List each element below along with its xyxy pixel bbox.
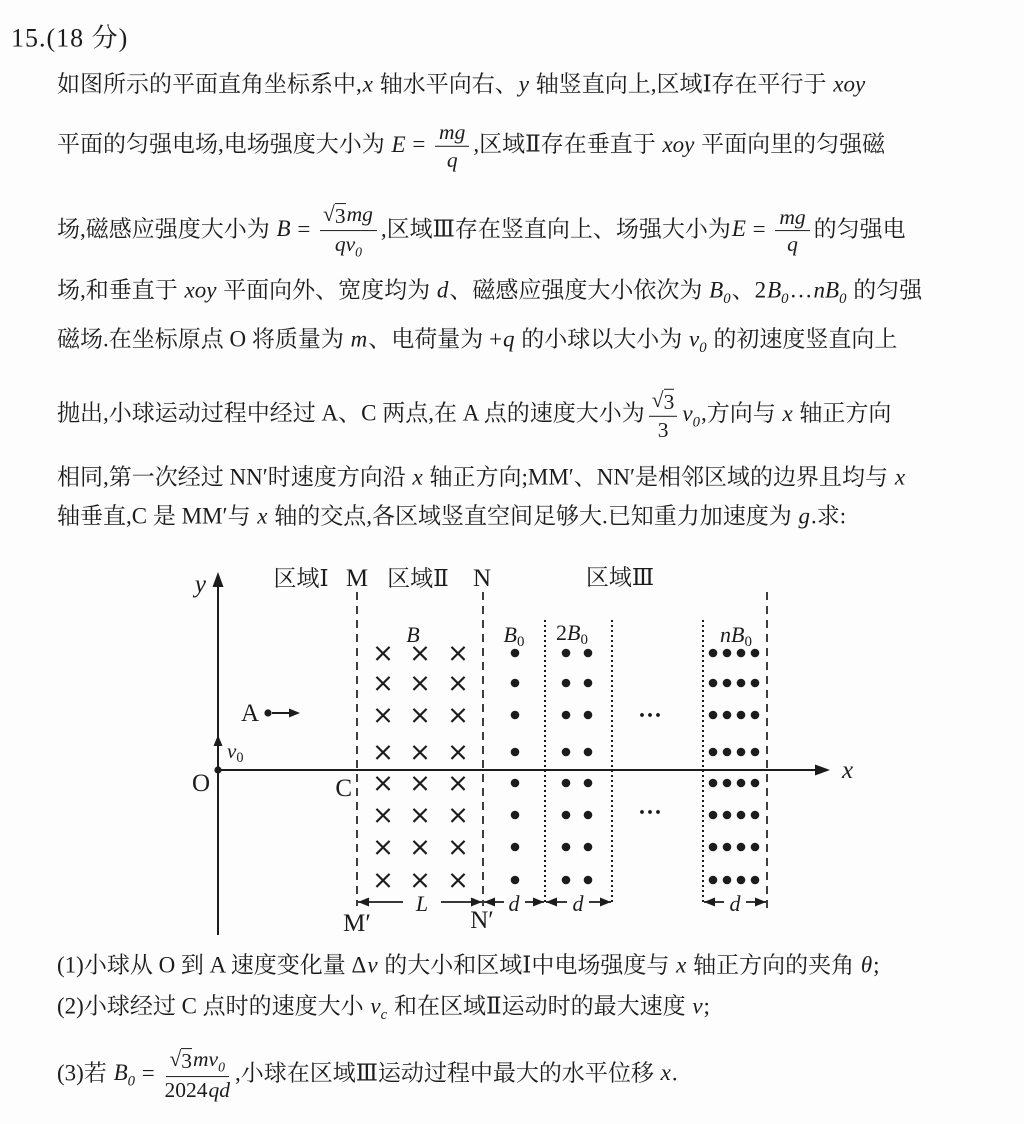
dot-symbol xyxy=(709,779,718,788)
boundary-n-label: N xyxy=(473,565,491,592)
field-2b0-label: 2B0 xyxy=(556,620,588,648)
problem-text-line-1: 如图所示的平面直角坐标系中,x 轴水平向右、y 轴竖直向上,区域Ⅰ存在平行于 x… xyxy=(57,68,866,99)
arrowhead xyxy=(704,898,715,907)
width-d2-label: d xyxy=(573,891,585,916)
square-root: √3 xyxy=(652,388,675,415)
cross-symbol: × xyxy=(372,769,394,799)
problem-text-line-4: 场,和垂直于 xoy 平面向外、宽度均为 d、磁感应强度大小依次为 B0、2B0… xyxy=(57,274,922,309)
cross-symbol: × xyxy=(447,669,469,699)
dot-symbol xyxy=(562,748,571,757)
arrowhead xyxy=(214,735,223,746)
dot-symbol xyxy=(723,779,732,788)
dot-symbol xyxy=(751,649,760,658)
problem-text-line-2: 平面的匀强电场,电场强度大小为 E = mgq,区域Ⅱ存在垂直于 xoy 平面向… xyxy=(57,120,885,172)
point-a-label: A xyxy=(241,700,259,727)
y-axis-label: y xyxy=(192,571,207,598)
dot-symbol xyxy=(709,876,718,885)
arrowhead xyxy=(600,898,611,907)
region3-label: 区域Ⅲ xyxy=(586,565,654,590)
dot-symbol xyxy=(723,811,732,820)
dot-symbol xyxy=(511,811,520,820)
n-prime-label: N′ xyxy=(470,907,494,934)
square-root: √3 xyxy=(323,202,346,229)
point-a-dot xyxy=(264,709,271,716)
cross-symbol: × xyxy=(372,738,394,768)
problem-text-line-8: 轴垂直,C 是 MM′与 x 轴的交点,各区域竖直空间足够大.已知重力加速度为 … xyxy=(57,500,846,531)
dot-symbol xyxy=(737,679,746,688)
dot-symbol xyxy=(584,748,593,757)
dot-symbol xyxy=(562,843,571,852)
dot-symbol xyxy=(751,811,760,820)
arrowhead xyxy=(471,898,482,907)
width-d3-label: d xyxy=(730,891,742,916)
field-b0-label: B0 xyxy=(504,622,525,650)
dot-symbol xyxy=(562,779,571,788)
dot-symbol xyxy=(562,649,571,658)
dot-symbol xyxy=(584,711,593,720)
problem-text-line-3: 场,磁感应强度大小为 B = √3mgqv0,区域Ⅲ存在竖直向上、场强大小为E … xyxy=(57,202,906,260)
dot-symbol xyxy=(562,711,571,720)
dot-symbol xyxy=(723,876,732,885)
cross-symbol: × xyxy=(447,866,469,896)
point-c-label: C xyxy=(335,775,352,802)
dot-symbol xyxy=(584,679,593,688)
square-root: √3 xyxy=(169,1047,192,1074)
cross-symbol: × xyxy=(409,833,431,863)
cross-symbol: × xyxy=(409,669,431,699)
cross-symbol: × xyxy=(372,866,394,896)
dot-symbol xyxy=(751,779,760,788)
dot-symbol xyxy=(737,779,746,788)
cross-symbol: × xyxy=(372,701,394,731)
cross-symbol: × xyxy=(372,833,394,863)
dot-symbol xyxy=(737,843,746,852)
dot-symbol xyxy=(511,679,520,688)
origin-point xyxy=(214,766,221,773)
arrowhead xyxy=(815,765,830,776)
omitted-columns-ellipsis-lower: ··· xyxy=(638,800,662,826)
field-regions-diagram: ××××××××××××××××××××××××yxOv0AC区域ⅠM区域ⅡN区… xyxy=(0,558,1024,943)
fraction: √33 xyxy=(649,388,678,442)
boundary-m-label: M xyxy=(346,565,368,592)
fraction: mgq xyxy=(435,120,469,172)
dot-symbol xyxy=(737,748,746,757)
dot-symbol xyxy=(584,779,593,788)
cross-symbol: × xyxy=(409,769,431,799)
dot-symbol xyxy=(584,876,593,885)
cross-symbol: × xyxy=(447,801,469,831)
cross-symbol: × xyxy=(409,738,431,768)
dot-symbol xyxy=(751,748,760,757)
cross-symbol: × xyxy=(409,701,431,731)
dot-symbol xyxy=(709,649,718,658)
dot-symbol xyxy=(562,876,571,885)
cross-symbol: × xyxy=(372,639,394,669)
cross-symbol: × xyxy=(409,801,431,831)
dot-symbol xyxy=(751,843,760,852)
fraction: √3mv02024qd xyxy=(164,1047,231,1103)
width-d1-label: d xyxy=(509,891,521,916)
dot-symbol xyxy=(709,811,718,820)
exam-page: 15.(18 分) 如图所示的平面直角坐标系中,x 轴水平向右、y 轴竖直向上,… xyxy=(0,0,1024,1124)
dot-symbol xyxy=(723,843,732,852)
dot-symbol xyxy=(511,876,520,885)
dot-symbol xyxy=(584,843,593,852)
cross-symbol: × xyxy=(447,769,469,799)
width-l-label: L xyxy=(415,891,428,916)
dot-symbol xyxy=(709,711,718,720)
omitted-columns-ellipsis-upper: ··· xyxy=(638,703,662,729)
fraction: mgq xyxy=(775,205,809,257)
question-3: (3)若 B0 = √3mv02024qd,小球在区域Ⅲ运动过程中最大的水平位移… xyxy=(57,1047,678,1103)
arrowhead xyxy=(755,898,766,907)
arrowhead xyxy=(358,898,369,907)
x-axis-label: x xyxy=(841,757,853,784)
dot-symbol xyxy=(751,876,760,885)
region2-label: 区域Ⅱ xyxy=(387,566,449,591)
problem-number: 15.(18 分) xyxy=(11,20,128,55)
problem-text-line-6: 抛出,小球运动过程中经过 A、C 两点,在 A 点的速度大小为√33v0,方向与… xyxy=(57,388,891,442)
origin-label: O xyxy=(192,770,210,797)
dot-symbol xyxy=(584,811,593,820)
problem-text-line-5: 磁场.在坐标原点 O 将质量为 m、电荷量为 +q 的小球以大小为 v0 的初速… xyxy=(57,323,897,358)
cross-symbol: × xyxy=(447,639,469,669)
cross-symbol: × xyxy=(372,801,394,831)
dot-symbol xyxy=(723,649,732,658)
arrowhead xyxy=(484,898,495,907)
arrowhead xyxy=(546,898,557,907)
dot-symbol xyxy=(584,649,593,658)
dot-symbol xyxy=(511,711,520,720)
dot-symbol xyxy=(562,811,571,820)
dot-symbol xyxy=(737,811,746,820)
dot-symbol xyxy=(737,876,746,885)
dot-symbol xyxy=(751,711,760,720)
dot-symbol xyxy=(511,748,520,757)
question-1: (1)小球从 O 到 A 速度变化量 Δv 的大小和区域Ⅰ中电场强度与 x 轴正… xyxy=(57,949,880,980)
dot-symbol xyxy=(709,748,718,757)
cross-symbol: × xyxy=(447,701,469,731)
dot-symbol xyxy=(723,679,732,688)
field-nb0-label: nB0 xyxy=(720,622,752,650)
m-prime-label: M′ xyxy=(343,910,371,937)
question-2: (2)小球经过 C 点时的速度大小 vc 和在区域Ⅱ运动时的最大速度 v; xyxy=(57,990,710,1025)
field-b-label: B xyxy=(406,622,419,647)
dot-symbol xyxy=(511,779,520,788)
problem-text-line-7: 相同,第一次经过 NN′时速度方向沿 x 轴正方向;MM′、NN′是相邻区域的边… xyxy=(57,461,906,492)
arrowhead xyxy=(289,709,300,718)
dot-symbol xyxy=(709,679,718,688)
dot-symbol xyxy=(737,711,746,720)
arrowhead xyxy=(213,572,224,587)
v0-label: v0 xyxy=(227,739,243,766)
dot-symbol xyxy=(562,679,571,688)
dot-symbol xyxy=(709,843,718,852)
cross-symbol: × xyxy=(372,669,394,699)
dot-symbol xyxy=(511,843,520,852)
dot-symbol xyxy=(723,711,732,720)
arrowhead xyxy=(533,898,544,907)
dot-symbol xyxy=(723,748,732,757)
cross-symbol: × xyxy=(447,738,469,768)
region1-label: 区域Ⅰ xyxy=(273,566,328,591)
dot-symbol xyxy=(751,679,760,688)
cross-symbol: × xyxy=(447,833,469,863)
fraction: √3mgqv0 xyxy=(320,202,377,260)
